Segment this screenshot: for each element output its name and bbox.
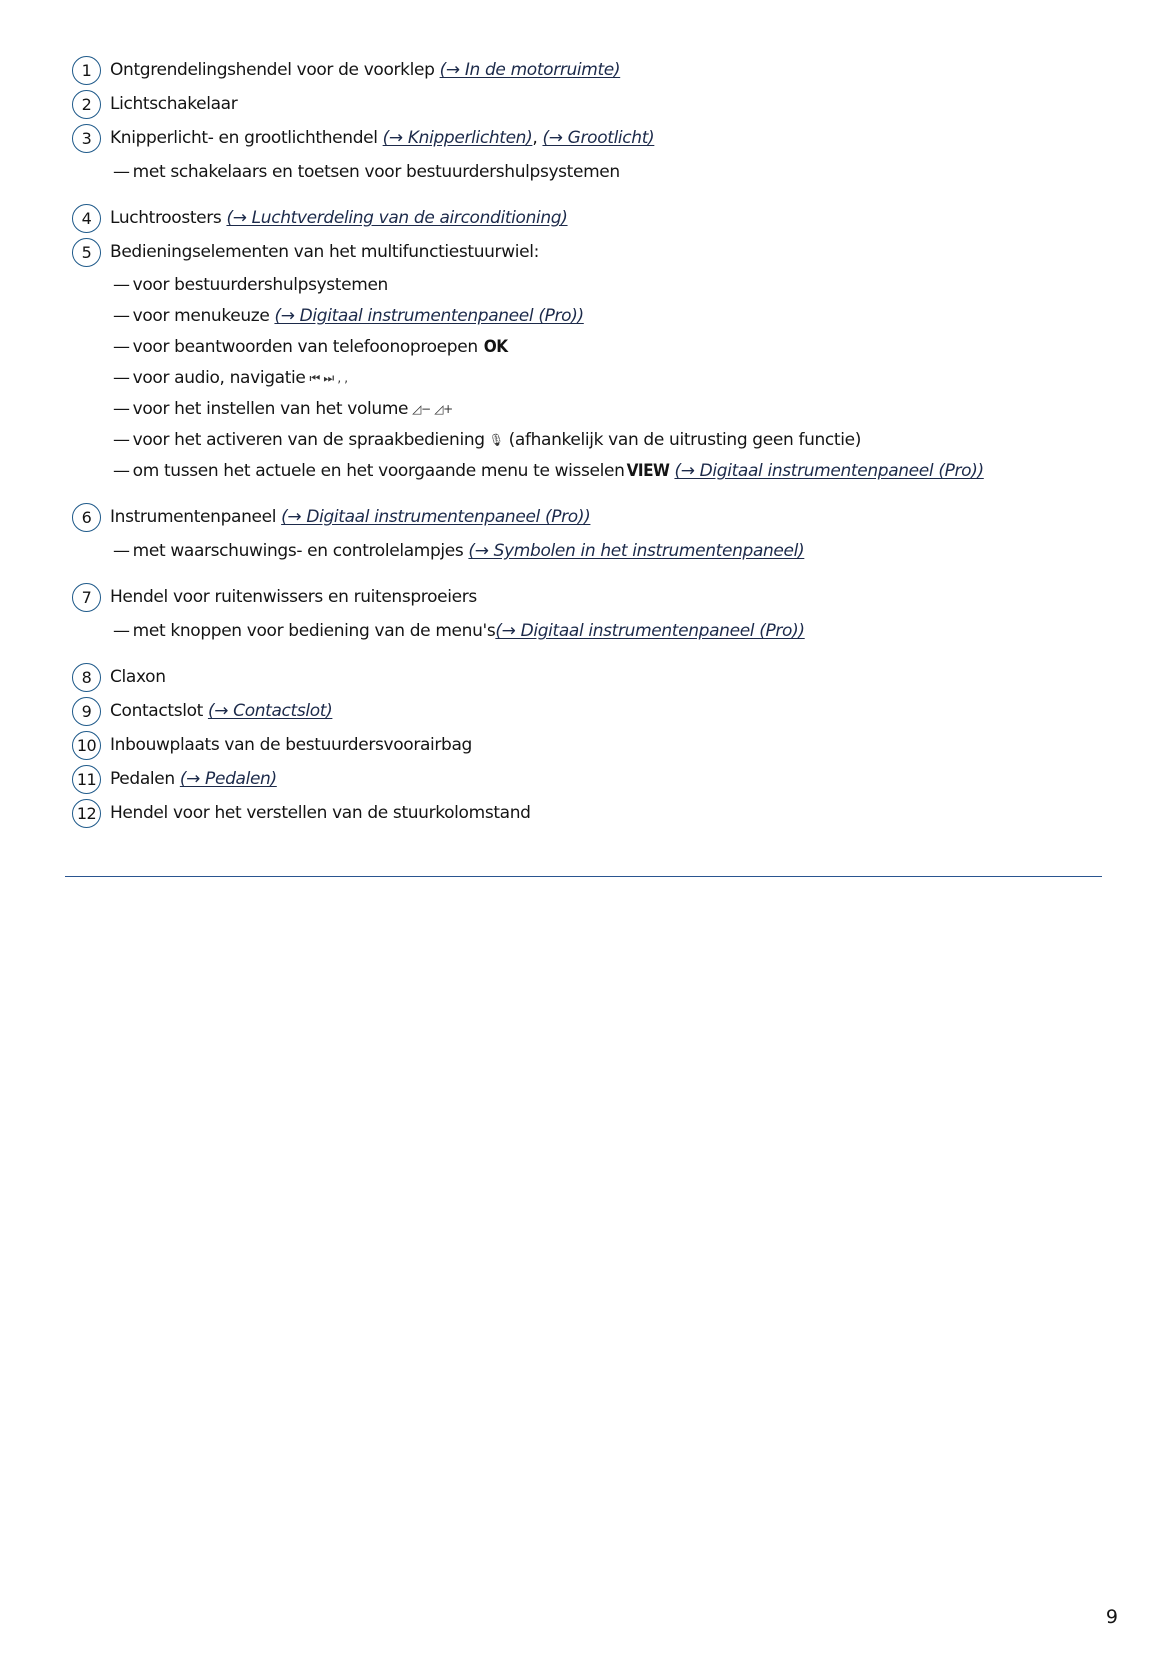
dash: — <box>113 275 130 295</box>
legend-item-6: 6 Instrumentenpaneel (→ Digitaal instrum… <box>72 501 590 533</box>
subitem-text: om tussen het actuele en het voorgaande … <box>133 461 625 481</box>
dash: — <box>113 461 130 481</box>
legend-item-8: 8 Claxon <box>72 661 166 693</box>
link-pedalen[interactable]: (→ Pedalen) <box>180 769 277 789</box>
legend-subitem: — met waarschuwings- en controlelampjes … <box>113 535 804 567</box>
link-symbolen-instrumentenpaneel[interactable]: (→ Symbolen in het instrumentenpaneel) <box>468 541 804 561</box>
number-badge: 6 <box>72 503 101 532</box>
legend-item-2: 2 Lichtschakelaar <box>72 88 237 120</box>
item-text: Knipperlicht- en grootlichthendel <box>110 128 378 148</box>
number-badge: 12 <box>72 799 101 828</box>
legend-item-10: 10 Inbouwplaats van de bestuurdersvoorai… <box>72 729 472 761</box>
legend-subitem: — met schakelaars en toetsen voor bestuu… <box>113 156 620 188</box>
number-badge: 11 <box>72 765 101 794</box>
dash: — <box>113 306 130 326</box>
number-badge: 3 <box>72 124 101 153</box>
dash: — <box>113 162 130 182</box>
link-grootlicht[interactable]: (→ Grootlicht) <box>542 128 654 148</box>
number-badge: 10 <box>72 731 101 760</box>
item-text: Claxon <box>110 667 166 687</box>
subitem-text: met waarschuwings- en controlelampjes <box>133 541 464 561</box>
item-text: Pedalen <box>110 769 175 789</box>
page-number: 9 <box>1106 1606 1118 1628</box>
legend-item-3: 3 Knipperlicht- en grootlichthendel (→ K… <box>72 122 654 154</box>
legend-subitem: — voor menukeuze (→ Digitaal instrumente… <box>113 300 584 332</box>
legend-item-4: 4 Luchtroosters (→ Luchtverdeling van de… <box>72 202 568 234</box>
number-badge: 2 <box>72 90 101 119</box>
legend-subitem: — voor het instellen van het volume ◿− ◿… <box>113 393 453 425</box>
subitem-text: met knoppen voor bediening van de menu's <box>133 621 496 641</box>
link-in-de-motorruimte[interactable]: (→ In de motorruimte) <box>440 60 621 80</box>
link-digitaal-instrumentenpaneel[interactable]: (→ Digitaal instrumentenpaneel (Pro)) <box>281 507 590 527</box>
number-badge: 8 <box>72 663 101 692</box>
link-digitaal-instrumentenpaneel[interactable]: (→ Digitaal instrumentenpaneel (Pro)) <box>495 621 804 641</box>
legend-subitem: — voor audio, navigatie ⏮ ⏭ , , <box>113 362 348 394</box>
subitem-text: voor bestuurdershulpsystemen <box>133 275 388 295</box>
dash: — <box>113 621 130 641</box>
legend-subitem: — voor beantwoorden van telefoonoproepen… <box>113 331 508 363</box>
subitem-text: voor audio, navigatie <box>133 368 306 388</box>
voice-control-icon: 🎙 <box>489 433 504 447</box>
ok-button-icon: OK <box>484 337 508 357</box>
skip-track-icons: ⏮ ⏭ , , <box>310 371 348 386</box>
legend-item-7: 7 Hendel voor ruitenwissers en ruitenspr… <box>72 581 477 613</box>
subitem-suffix: (afhankelijk van de uitrusting geen func… <box>509 430 861 450</box>
item-text: Bedieningselementen van het multifunctie… <box>110 242 539 262</box>
subitem-text: voor het activeren van de spraakbedienin… <box>133 430 485 450</box>
item-text: Ontgrendelingshendel voor de voorklep <box>110 60 435 80</box>
dash: — <box>113 541 130 561</box>
link-contactslot[interactable]: (→ Contactslot) <box>208 701 332 721</box>
legend-item-5: 5 Bedieningselementen van het multifunct… <box>72 236 539 268</box>
view-button-icon: VIEW <box>627 461 670 481</box>
legend-subitem: — voor het activeren van de spraakbedien… <box>113 424 861 456</box>
link-digitaal-instrumentenpaneel[interactable]: (→ Digitaal instrumentenpaneel (Pro)) <box>674 461 983 481</box>
legend-item-1: 1 Ontgrendelingshendel voor de voorklep … <box>72 54 620 86</box>
dash: — <box>113 430 130 450</box>
item-text: Luchtroosters <box>110 208 221 228</box>
item-text: Instrumentenpaneel <box>110 507 276 527</box>
link-luchtverdeling[interactable]: (→ Luchtverdeling van de airconditioning… <box>226 208 567 228</box>
subitem-text: voor het instellen van het volume <box>133 399 409 419</box>
number-badge: 1 <box>72 56 101 85</box>
legend-item-11: 11 Pedalen (→ Pedalen) <box>72 763 277 795</box>
number-badge: 4 <box>72 204 101 233</box>
subitem-text: voor beantwoorden van telefoonoproepen <box>133 337 478 357</box>
item-text: Inbouwplaats van de bestuurdersvoorairba… <box>110 735 472 755</box>
item-text: Hendel voor ruitenwissers en ruitensproe… <box>110 587 477 607</box>
number-badge: 9 <box>72 697 101 726</box>
subitem-text: voor menukeuze <box>133 306 270 326</box>
dash: — <box>113 399 130 419</box>
legend-item-9: 9 Contactslot (→ Contactslot) <box>72 695 332 727</box>
dash: — <box>113 337 130 357</box>
volume-icons: ◿− ◿+ <box>412 402 453 416</box>
legend-subitem: — voor bestuurdershulpsystemen <box>113 269 388 301</box>
legend-subitem: — om tussen het actuele en het voorgaand… <box>113 455 984 487</box>
link-knipperlichten[interactable]: (→ Knipperlichten) <box>383 128 533 148</box>
subitem-text: met schakelaars en toetsen voor bestuurd… <box>133 162 620 182</box>
section-divider <box>65 876 1102 877</box>
link-digitaal-instrumentenpaneel[interactable]: (→ Digitaal instrumentenpaneel (Pro)) <box>274 306 583 326</box>
legend-item-12: 12 Hendel voor het verstellen van de stu… <box>72 797 531 829</box>
link-separator: , <box>532 128 537 148</box>
number-badge: 5 <box>72 238 101 267</box>
item-text: Hendel voor het verstellen van de stuurk… <box>110 803 531 823</box>
dash: — <box>113 368 130 388</box>
item-text: Lichtschakelaar <box>110 94 237 114</box>
item-text: Contactslot <box>110 701 203 721</box>
legend-subitem: — met knoppen voor bediening van de menu… <box>113 615 805 647</box>
number-badge: 7 <box>72 583 101 612</box>
